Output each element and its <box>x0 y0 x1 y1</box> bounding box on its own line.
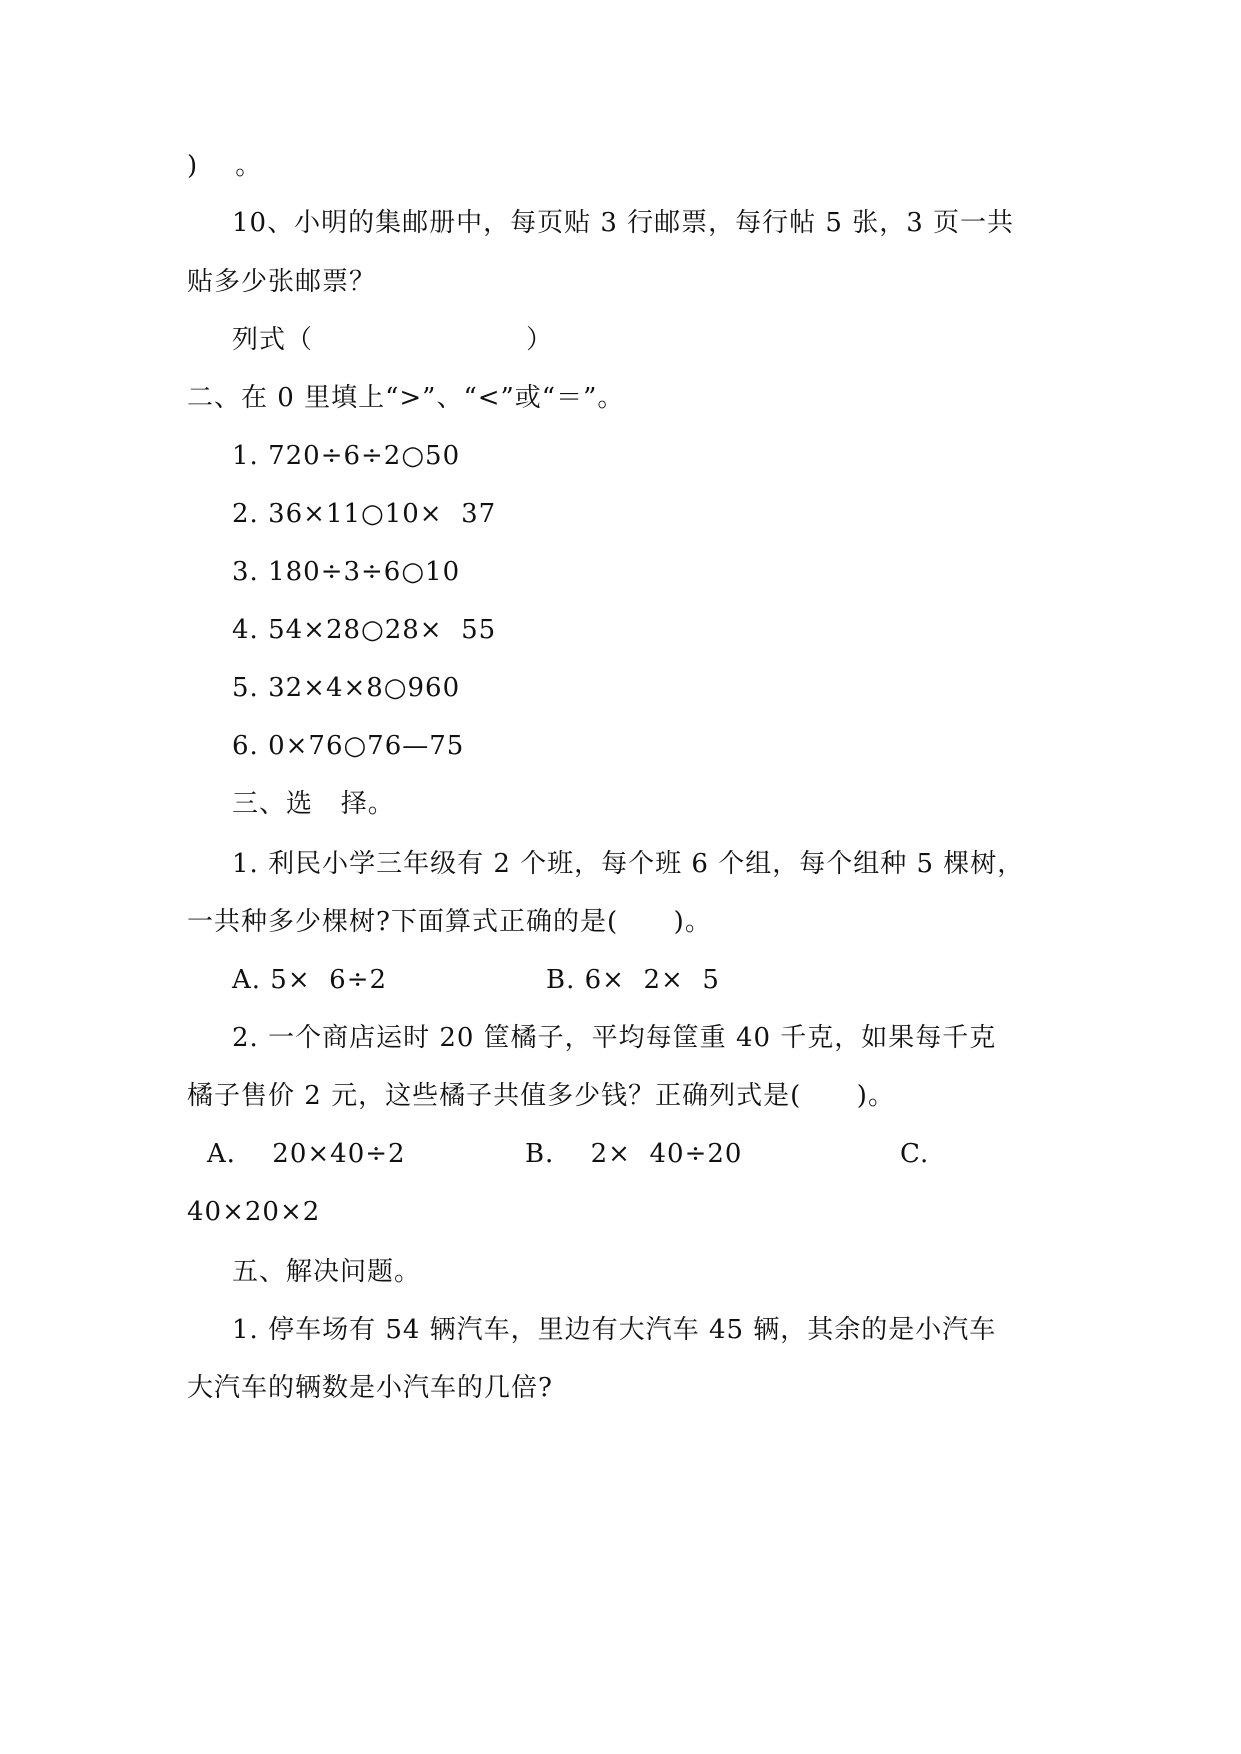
choice-question-2: 2. 一个商店运时 20 筐橘子，平均每筐重 40 千克，如果每千克 <box>232 1022 996 1054</box>
compare-item-2: 2. 36×11○10× 37 <box>232 498 496 530</box>
section-2-heading: 二、在 0 里填上“>”、“<”或“＝”。 <box>187 382 624 414</box>
compare-item-4: 4. 54×28○28× 55 <box>232 614 496 646</box>
choice-question-1: 1. 利民小学三年级有 2 个班，每个班 6 个组，每个组种 5 棵树， <box>232 848 1024 880</box>
previous-question-closing: ) 。 <box>187 150 262 182</box>
compare-item-3: 3. 180÷3÷6○10 <box>232 556 460 588</box>
choice-2-option-c-label: C. <box>900 1138 929 1170</box>
choice-2-option-c-value: 40×20×2 <box>187 1196 320 1228</box>
compare-item-6: 6. 0×76○76—75 <box>232 730 464 762</box>
compare-item-5: 5. 32×4×8○960 <box>232 672 460 704</box>
choice-question-1-cont: 一共种多少棵树?下面算式正确的是( )。 <box>187 906 712 938</box>
question-10-text: 10、小明的集邮册中，每页贴 3 行邮票，每行帖 5 张，3 页一共 <box>232 207 1014 239</box>
problem-1-text: 1. 停车场有 54 辆汽车，里边有大汽车 45 辆，其余的是小汽车 <box>232 1314 996 1346</box>
section-5-heading: 五、解决问题。 <box>232 1256 421 1288</box>
choice-2-option-b: B． 2× 40÷20 <box>525 1138 742 1170</box>
choice-1-option-a: A. 5× 6÷2 <box>232 964 387 996</box>
question-10-text-cont: 贴多少张邮票？ <box>187 266 376 298</box>
problem-1-question: 大汽车的辆数是小汽车的几倍? <box>187 1372 553 1404</box>
choice-1-option-b: B. 6× 2× 5 <box>546 964 720 996</box>
compare-item-1: 1. 720÷6÷2○50 <box>232 440 460 472</box>
choice-question-2-cont: 橘子售价 2 元，这些橘子共值多少钱？正确列式是( )。 <box>187 1080 895 1112</box>
question-10-formula-blank: 列式（ ） <box>232 324 553 356</box>
choice-2-option-a: A． 20×40÷2 <box>207 1138 406 1170</box>
section-3-heading: 三、选 择。 <box>232 788 395 820</box>
